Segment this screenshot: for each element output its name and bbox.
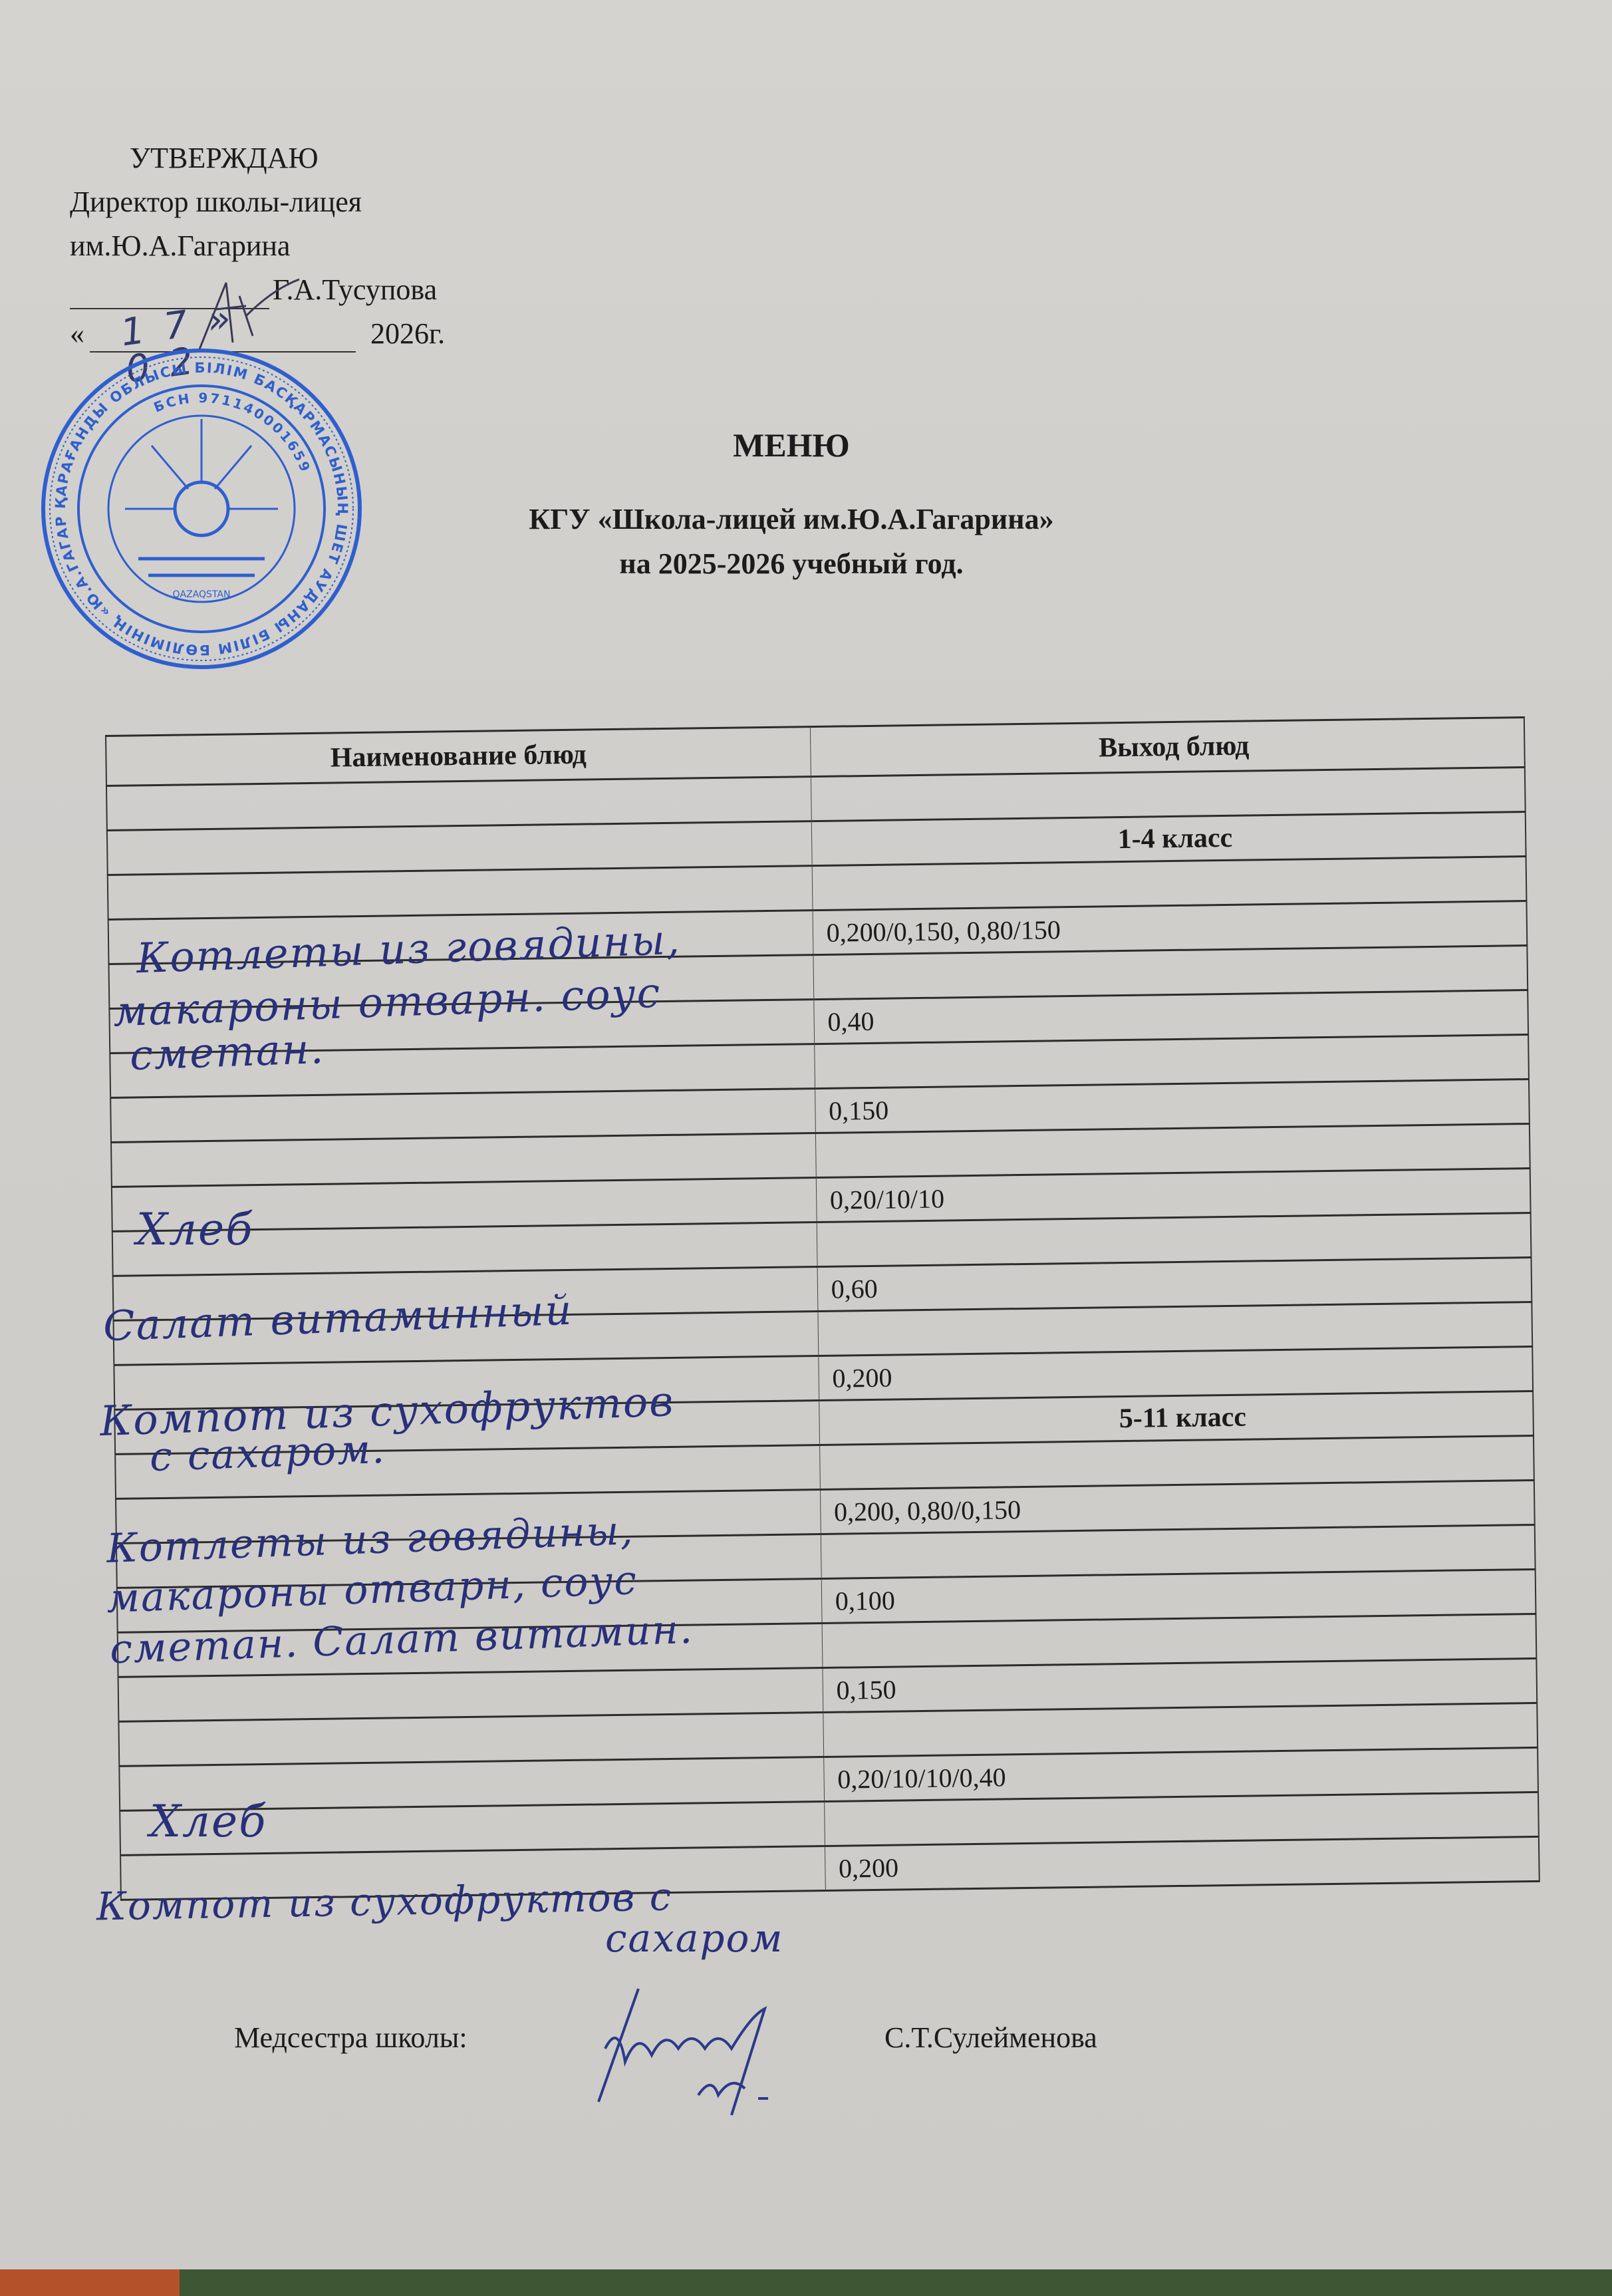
stamp-center-text: QAZAQSTAN [173,589,231,600]
background-surface [0,2269,1612,2296]
handwritten-dish: Хлеб [150,1796,267,1847]
approval-position-line1: Директор школы-лицея [70,184,362,221]
background-orange-object [0,2269,180,2296]
approval-position-line2: им.Ю.А.Гагарина [70,227,290,265]
handwritten-dish: Хлеб [136,1204,253,1255]
handwritten-dish: сметан. [129,1024,325,1079]
column-header-output: Выход блюд [810,718,1525,777]
column-header-dish: Наименование блюд [106,727,811,786]
nurse-label: Медсестра школы: [234,2021,468,2055]
organization-name: КГУ «Школа-лицей им.Ю.А.Гагарина» [372,502,1210,536]
page-title: МЕНЮ [725,426,858,464]
handwritten-dish: с сахаром. [149,1426,386,1481]
approval-title: УТВЕРЖДАЮ [130,140,319,177]
nurse-signature-icon [579,1969,911,2122]
background-green-surface [180,2269,1612,2296]
handwritten-dish: сахаром [605,1916,784,1961]
official-stamp-icon: ҚАРАҒАНДЫ ОБЛЫСЫ БІЛІМ БАСҚАРМАСЫНЫҢ ШЕТ… [39,346,364,672]
date-year: 2026г. [370,315,445,353]
output-cell: 0,200 [825,1836,1540,1890]
nurse-name: С.Т.Сулейменова [884,2021,1097,2055]
academic-year: на 2025-2026 учебный год. [372,547,1210,581]
